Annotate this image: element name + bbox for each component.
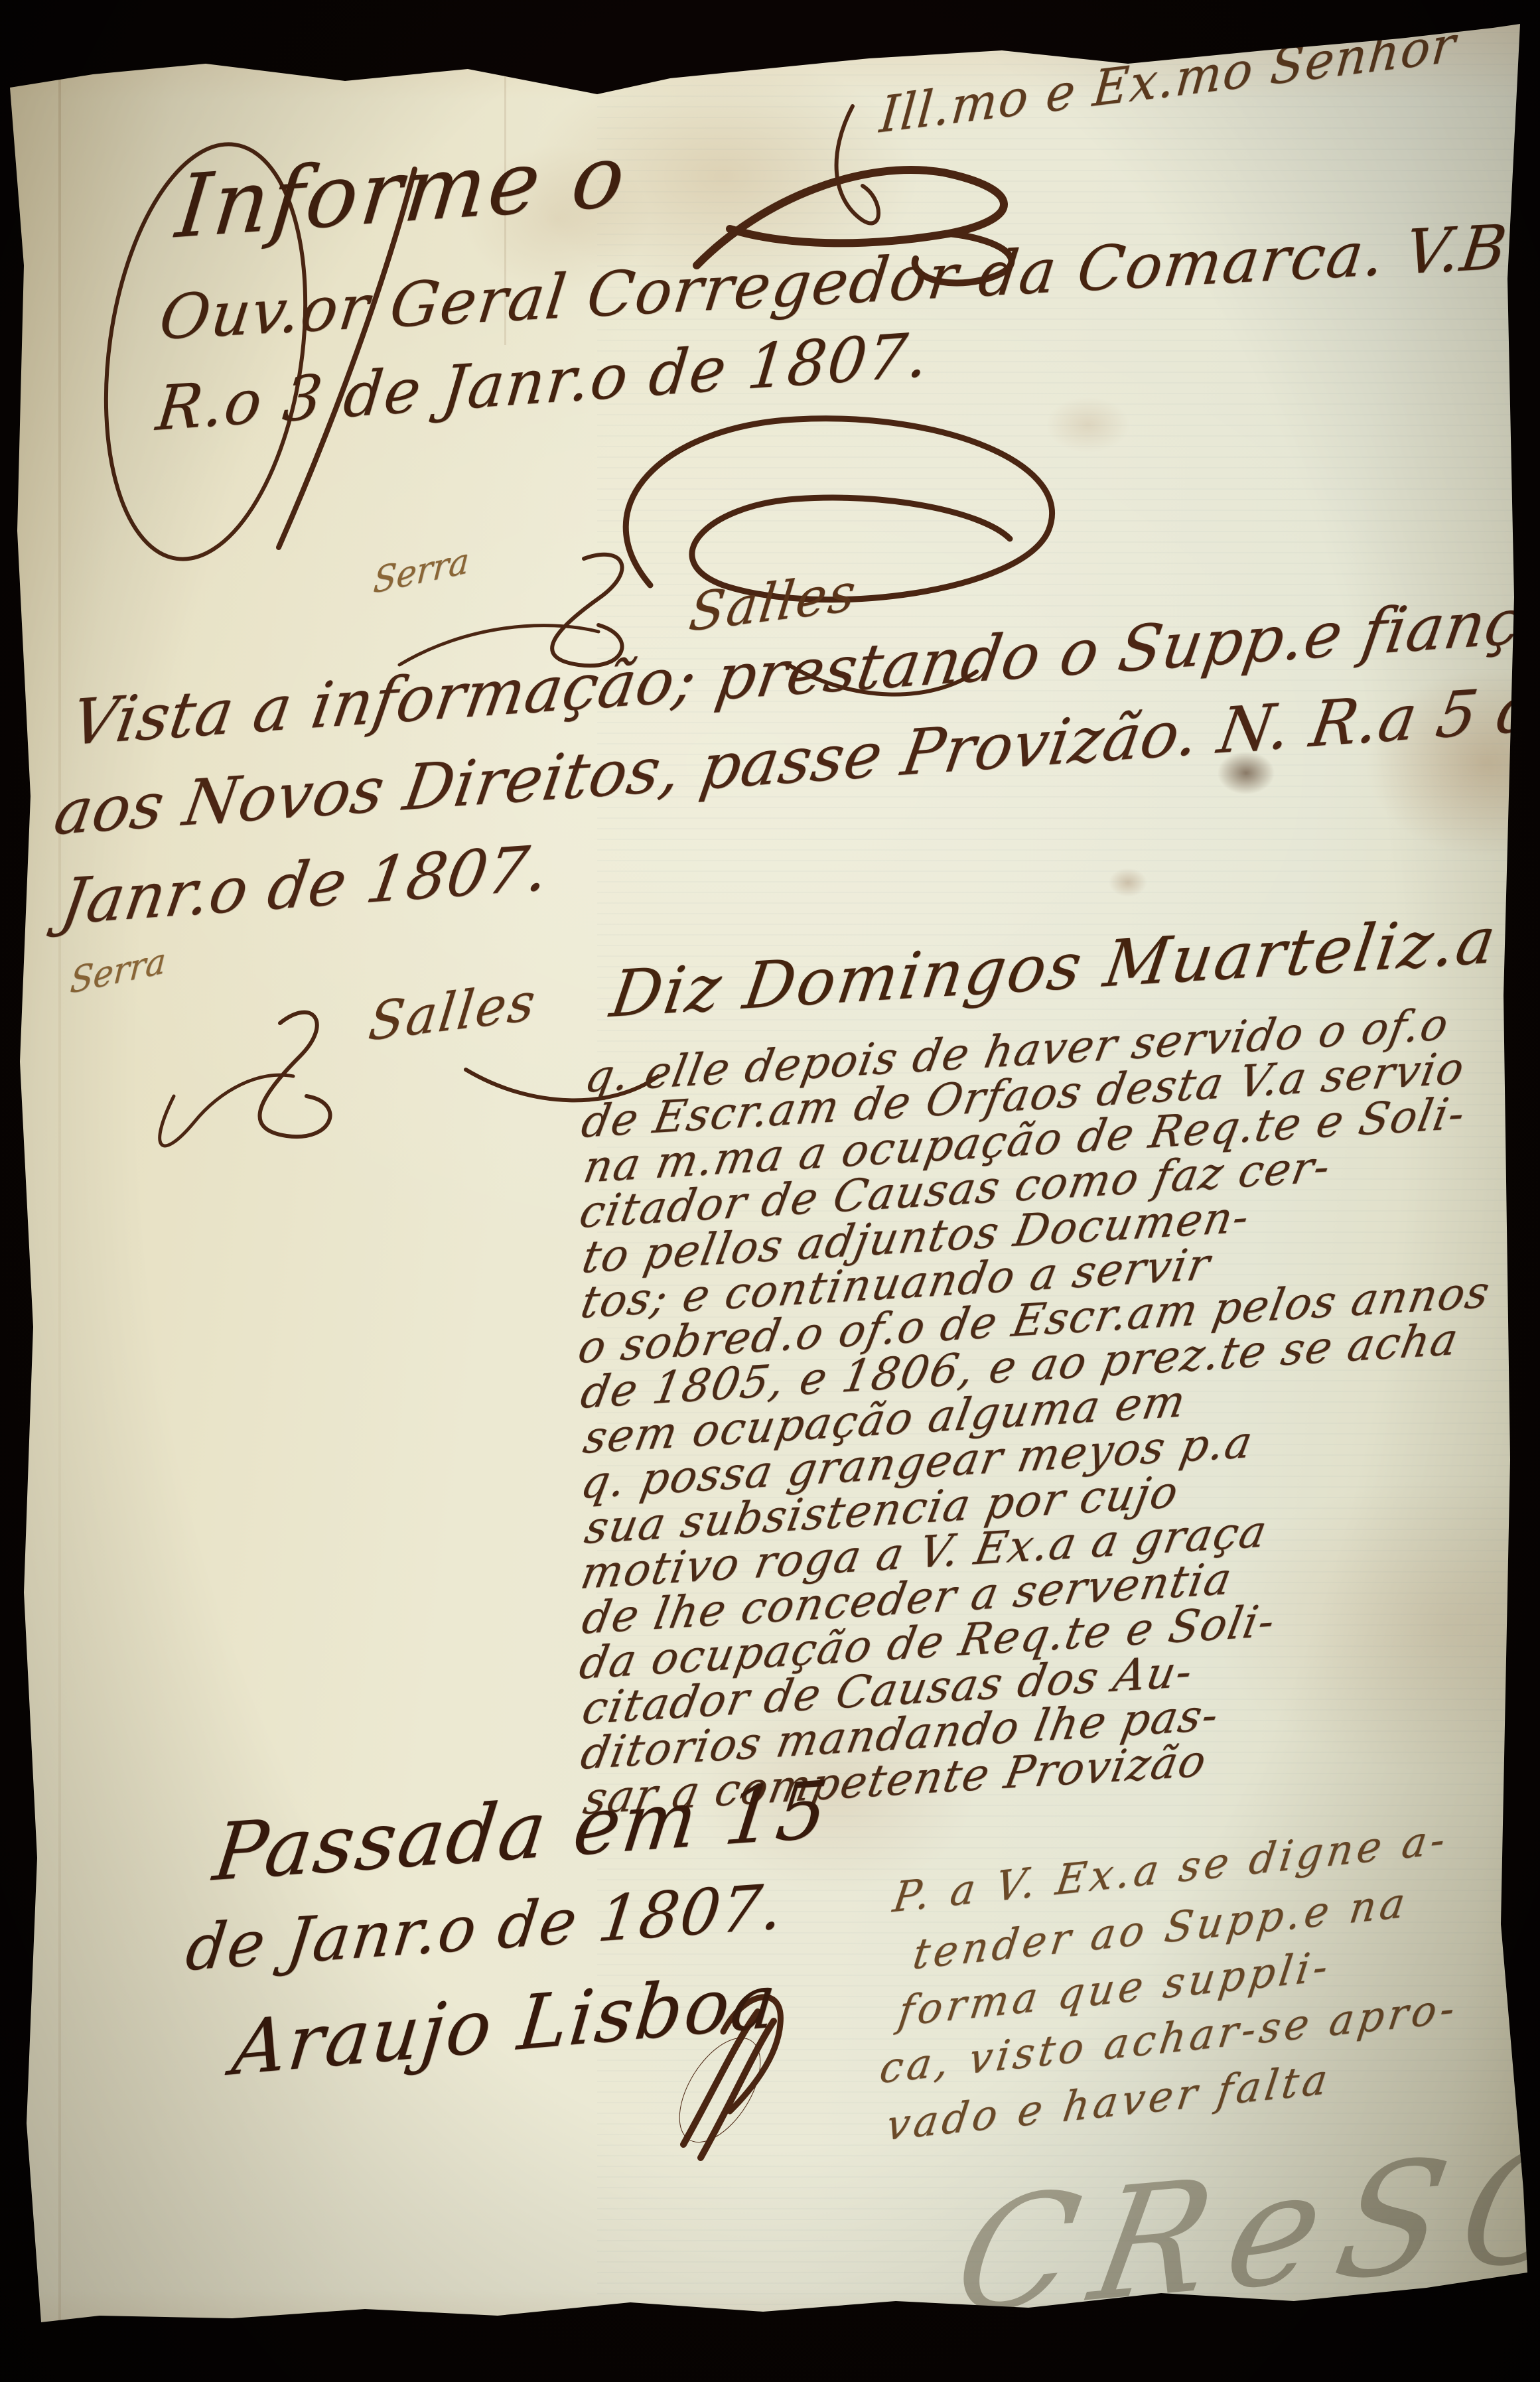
manuscript-paper: Ill.mo e Ex.mo Senhor Informe o Ouv.or G… [0, 0, 1540, 2382]
photo-frame: Ill.mo e Ex.mo Senhor Informe o Ouv.or G… [0, 0, 1540, 2382]
signature-rubric: Serra [69, 940, 167, 1002]
serra-rubric-2-sweep [160, 1075, 293, 1146]
informe-line: Informe o [172, 125, 632, 258]
despacho-line: Janr.o de 1807. [56, 832, 555, 940]
serra-rubric-2 [260, 1013, 330, 1137]
signature-name: Salles [366, 971, 540, 1053]
signature-rubric: Serra [372, 540, 470, 602]
paper-crease-left [58, 80, 61, 2322]
